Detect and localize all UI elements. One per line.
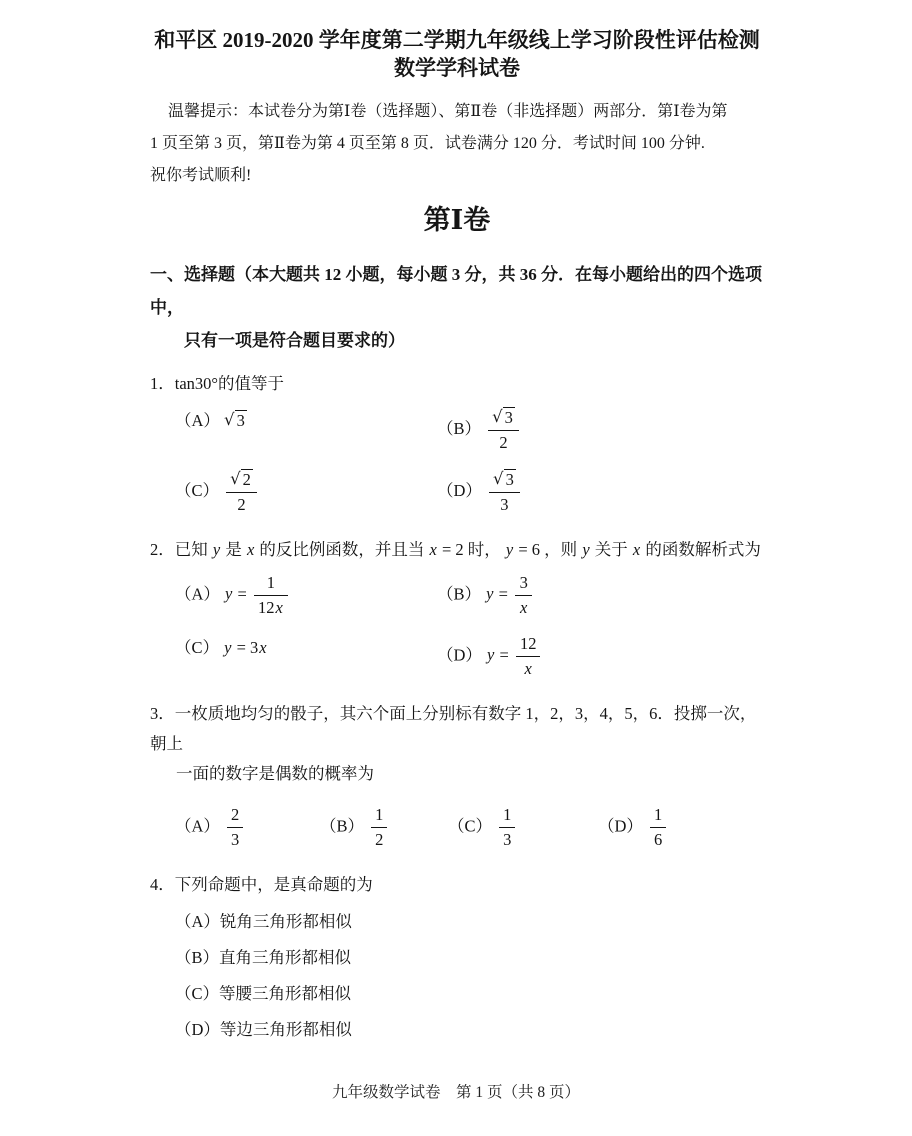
question-4: 4．下列命题中，是真命题的为 （A）锐角三角形都相似 （B）直角三角形都相似 （…: [150, 870, 764, 1048]
question-4-options: （A）锐角三角形都相似 （B）直角三角形都相似 （C）等腰三角形都相似 （D）等…: [175, 904, 764, 1048]
option-3a: （A） 23: [175, 797, 320, 858]
option-4a: （A）锐角三角形都相似: [175, 904, 764, 940]
question-1-stem: 1．tan30°的值等于: [150, 369, 764, 399]
option-2c: （C） y = 3x: [175, 626, 437, 687]
notice-line: 祝你考试顺利!: [150, 160, 764, 192]
option-3d: （D） 16: [598, 797, 764, 858]
option-4b: （B）直角三角形都相似: [175, 940, 764, 976]
instruction-line: 只有一项是符合题目要求的）: [150, 324, 764, 357]
question-2-options: （A） y = 112x （B） y = 3x （C） y = 3x （D） y…: [175, 565, 764, 687]
option-1d: （D） √33: [437, 461, 764, 523]
exam-page: 和平区 2019-2020 学年度第二学期九年级线上学习阶段性评估检测 数学学科…: [0, 0, 912, 1136]
page-footer: 九年级数学试卷 第 1 页（共 8 页）: [0, 1080, 912, 1102]
option-2a: （A） y = 112x: [175, 565, 437, 626]
exam-title-line2: 数学学科试卷: [150, 54, 764, 82]
instruction-line: 一、选择题（本大题共 12 小题，每小题 3 分，共 36 分．在每小题给出的四…: [150, 258, 764, 324]
question-3-stem-line1: 3．一枚质地均匀的骰子，其六个面上分别标有数字 1，2，3，4，5，6．投掷一次…: [150, 699, 764, 759]
notice-line: 1 页至第 3 页，第Ⅱ卷为第 4 页至第 8 页．试卷满分 120 分．考试时…: [150, 128, 764, 160]
question-3-options: （A） 23 （B） 12 （C） 13 （D） 16: [175, 797, 764, 858]
exam-notice: 温馨提示：本试卷分为第Ⅰ卷（选择题）、第Ⅱ卷（非选择题）两部分．第Ⅰ卷为第 1 …: [150, 96, 764, 192]
question-4-stem: 4．下列命题中，是真命题的为: [150, 870, 764, 900]
option-2b: （B） y = 3x: [437, 565, 764, 626]
question-3: 3．一枚质地均匀的骰子，其六个面上分别标有数字 1，2，3，4，5，6．投掷一次…: [150, 699, 764, 858]
option-2d: （D） y = 12x: [437, 626, 764, 687]
exam-title-line1: 和平区 2019-2020 学年度第二学期九年级线上学习阶段性评估检测: [150, 26, 764, 54]
option-1b: （B） √32: [437, 399, 764, 461]
option-4d: （D）等边三角形都相似: [175, 1012, 764, 1048]
section-instructions: 一、选择题（本大题共 12 小题，每小题 3 分，共 36 分．在每小题给出的四…: [150, 258, 764, 357]
option-1c: （C） √22: [175, 461, 437, 523]
option-4c: （C）等腰三角形都相似: [175, 976, 764, 1012]
notice-line: 温馨提示：本试卷分为第Ⅰ卷（选择题）、第Ⅱ卷（非选择题）两部分．第Ⅰ卷为第: [150, 96, 764, 128]
question-2: 2．已知 y 是 x 的反比例函数，并且当 x = 2 时， y = 6 ，则 …: [150, 535, 764, 687]
question-1: 1．tan30°的值等于 （A） √3 （B） √32 （C） √22 （D） …: [150, 369, 764, 523]
option-3c: （C） 13: [448, 797, 598, 858]
option-1a: （A） √3: [175, 399, 437, 461]
question-3-stem-line2: 一面的数字是偶数的概率为: [150, 759, 764, 789]
question-1-options: （A） √3 （B） √32 （C） √22 （D） √33: [175, 399, 764, 523]
question-3-stem: 3．一枚质地均匀的骰子，其六个面上分别标有数字 1，2，3，4，5，6．投掷一次…: [150, 699, 764, 789]
question-2-stem: 2．已知 y 是 x 的反比例函数，并且当 x = 2 时， y = 6 ，则 …: [150, 535, 764, 565]
part1-title: 第Ⅰ卷: [150, 202, 764, 238]
option-3b: （B） 12: [320, 797, 448, 858]
